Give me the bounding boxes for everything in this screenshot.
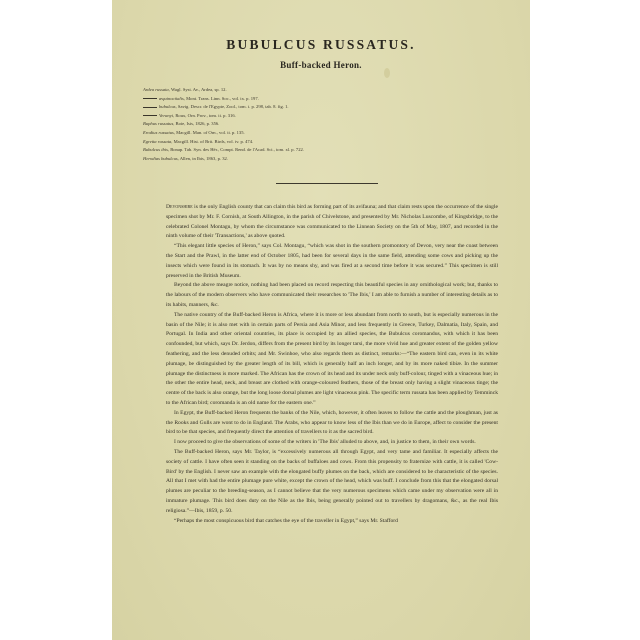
document-page: BUBULCUS RUSSATUS. Buff-backed Heron. Ar… — [112, 0, 530, 640]
synonym-entry: Egretta russata, Macgill. Hist. of Brit.… — [143, 138, 503, 147]
paragraph: Devonshire is the only English county th… — [166, 203, 498, 242]
page-subtitle: Buff-backed Heron. — [112, 60, 530, 70]
synonym-entry: Buphus russatus, Boie, Isis, 1826, p. 35… — [143, 120, 503, 129]
paragraph: “Perhaps the most conspicuous bird that … — [166, 517, 498, 527]
paragraph: “This elegant little species of Heron,” … — [166, 242, 498, 281]
paragraph: The Buff-backed Heron, says Mr. Taylor, … — [166, 448, 498, 517]
synonym-entry: Bubulcus ibis, Bonap. Tab. Syn. des Hér.… — [143, 146, 503, 155]
ditto-dash — [143, 98, 157, 99]
paragraph: The native country of the Buff-backed He… — [166, 311, 498, 409]
paragraph: In Egypt, the Buff-backed Heron frequent… — [166, 409, 498, 438]
paragraph: Beyond the above meagre notice, nothing … — [166, 281, 498, 310]
synonym-entry: æquinoctialis, Mont. Trans. Linn. Soc., … — [143, 95, 503, 104]
section-divider — [276, 183, 378, 184]
ditto-dash — [143, 107, 157, 108]
synonym-entry: Herodias bubulcus, Allen, in Ibis, 1863,… — [143, 155, 503, 164]
synonym-entry: Veranyi, Roux, Orn. Prov., tom. ii. p. 3… — [143, 112, 503, 121]
synonymy-list: Ardea russata, Wagl. Syst. Av., Ardea, s… — [143, 86, 503, 163]
synonym-entry: Erodius russatus, Macgill. Man. of Orn.,… — [143, 129, 503, 138]
synonym-entry: bubulcus, Savig. Descr. de l'Egypte, Zoo… — [143, 103, 503, 112]
paragraph: I now proceed to give the observations o… — [166, 438, 498, 448]
synonym-entry: Ardea russata, Wagl. Syst. Av., Ardea, s… — [143, 86, 503, 95]
body-text: Devonshire is the only English county th… — [166, 203, 498, 526]
page-title: BUBULCUS RUSSATUS. — [112, 37, 530, 53]
ditto-dash — [143, 115, 157, 116]
